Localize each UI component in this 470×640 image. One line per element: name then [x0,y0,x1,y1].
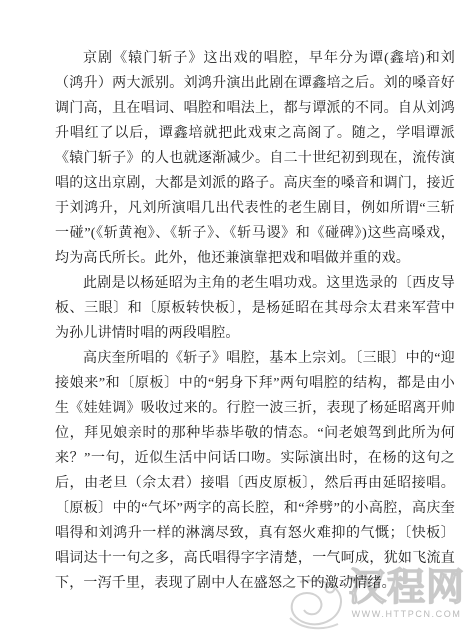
scanned-document-page: 京剧《辕门斩子》这出戏的唱腔，早年分为谭(鑫培)和刘（鸿升）两大派别。刘鸿升演出… [0,0,470,640]
paragraph: 京剧《辕门斩子》这出戏的唱腔，早年分为谭(鑫培)和刘（鸿升）两大派别。刘鸿升演出… [55,46,455,271]
paragraph: 此剧是以杨延昭为主角的老生唱功戏。这里选录的〔西皮导板、三眼〕和〔原板转快板〕，… [55,271,455,346]
paragraph: 高庆奎所唱的《斩子》唱腔，基本上宗刘。〔三眼〕中的“迎接娘来”和〔原板〕中的“躬… [55,346,455,596]
article-text: 京剧《辕门斩子》这出戏的唱腔，早年分为谭(鑫培)和刘（鸿升）两大派别。刘鸿升演出… [55,46,455,596]
watermark-url: WWW.HTTPCN.COM [352,609,462,619]
